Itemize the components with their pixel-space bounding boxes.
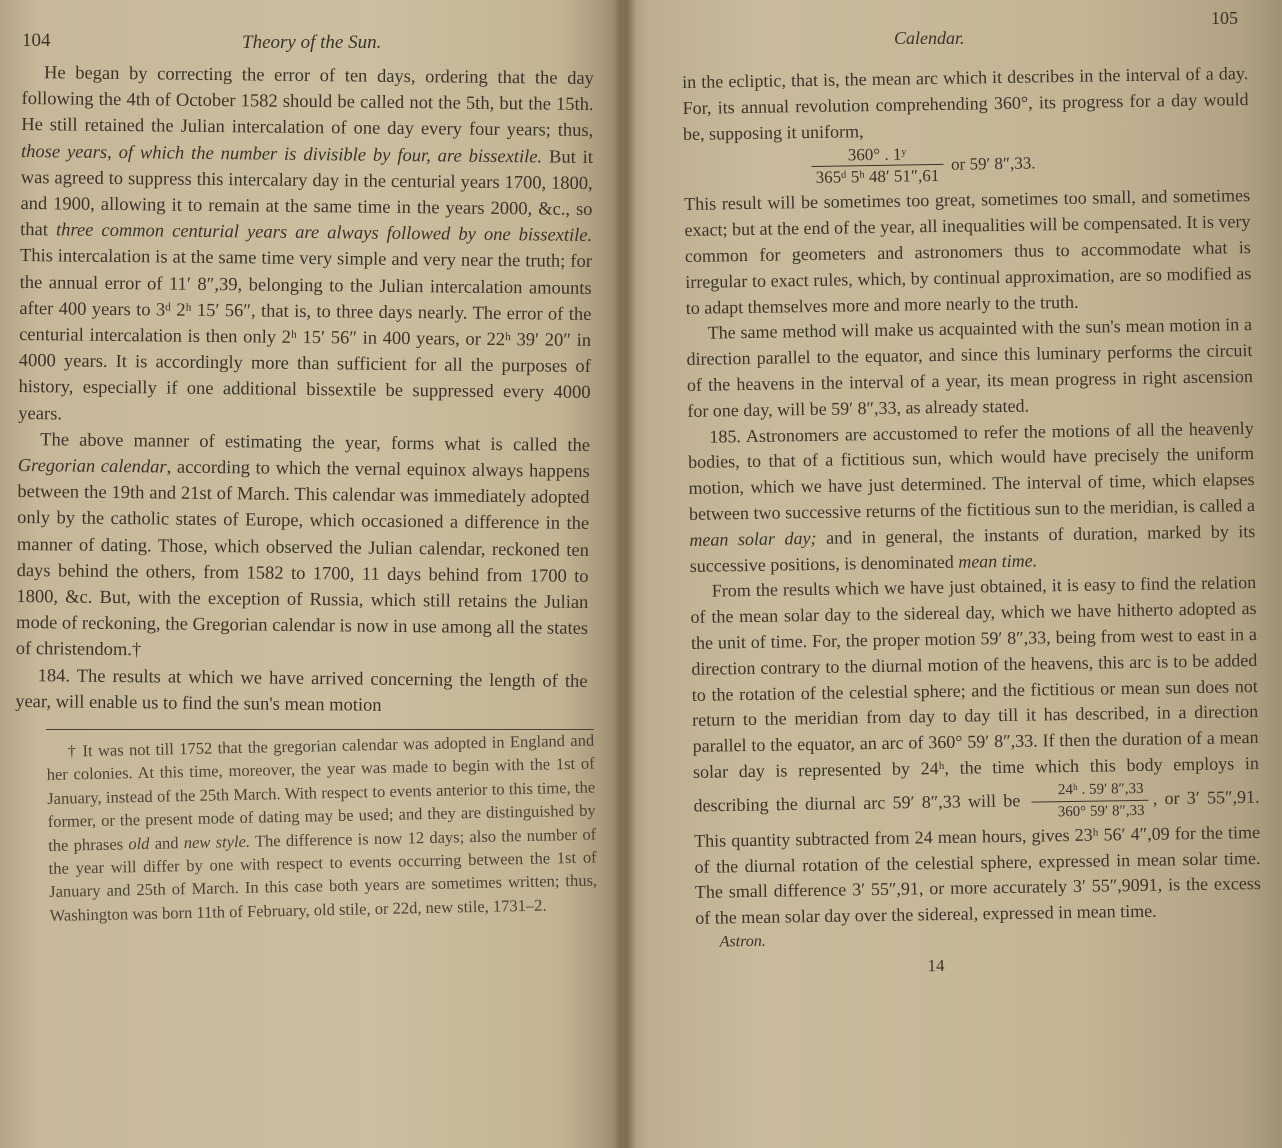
page-number-left: 104 [22,30,51,52]
italic-phrase: mean time. [958,550,1037,571]
running-title-left: Theory of the Sun. [242,32,381,54]
paragraph-continuation: in the ecliptic, that is, the mean arc w… [682,61,1249,147]
page-number-right: 105 [1211,8,1238,29]
italic-phrase: Gregorian calendar [18,456,167,478]
paragraph-same-method: The same method will make us acquainted … [686,312,1254,424]
paragraph-gregorian-reform: He began by correcting the error of ten … [18,60,594,433]
formula-diurnal-arc: 24ʰ . 59′ 8″,33 360° 59′ 8″,33 [1030,778,1150,823]
footnote: † It was not till 1752 that the gregoria… [46,729,598,928]
left-page: 104 Theory of the Sun. He began by corre… [0,0,622,1148]
paragraph-mean-solar-day: From the results which we have just obta… [690,570,1261,931]
italic-phrase: three common centurial years are always … [56,221,592,247]
fraction: 360° . 1ʸ 365ᵈ 5ʰ 48′ 51″,61 [811,143,943,188]
footnote-text: † It was not till 1752 that the gregoria… [46,729,598,928]
signature-number: 14 [696,952,1176,980]
paragraph-result: This result will be sometimes too great,… [684,183,1252,321]
left-running-head: 104 Theory of the Sun. [22,22,594,60]
fraction: 24ʰ . 59′ 8″,33 360° 59′ 8″,33 [1030,778,1150,823]
italic-phrase: those years, of which the number is divi… [21,142,542,167]
paragraph-185: 185. Astronomers are accustomed to refer… [688,416,1256,580]
right-page: Calendar. 105 in the ecliptic, that is, … [622,0,1282,1148]
left-body-text: He began by correcting the error of ten … [15,60,594,721]
right-running-head: Calendar. 105 [682,8,1252,70]
right-body-text: in the ecliptic, that is, the mean arc w… [682,61,1262,980]
italic-phrase: mean solar day; [689,528,816,550]
paragraph-184: 184. The results at which we have arrive… [15,663,588,721]
formula-daily-progress: 360° . 1ʸ 365ᵈ 5ʰ 48′ 51″,61 or 59′ 8″,3… [811,138,1250,188]
book-spread: 104 Theory of the Sun. He began by corre… [0,0,1282,1148]
running-title-right: Calendar. [894,28,965,49]
paragraph-gregorian-calendar: The above manner of estimating the year,… [16,427,590,669]
